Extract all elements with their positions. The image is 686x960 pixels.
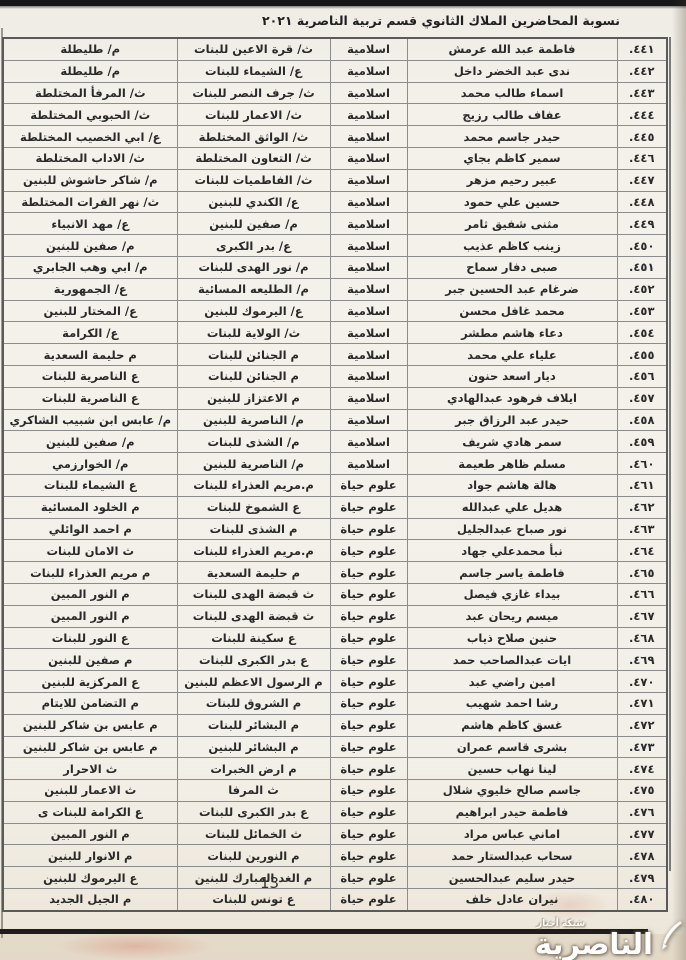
school-secondary: م/ شاكر حاشوش للبنين: [3, 169, 177, 191]
school-secondary: ع/ مهد الانبياء: [3, 213, 177, 235]
lecturer-name: دعاء هاشم مطشر: [407, 322, 617, 344]
subject: علوم حياة: [330, 845, 407, 867]
school-primary: ث/ الفاطميات للبنات: [177, 169, 330, 191]
school-secondary: ث/ الاداب المختلطة: [3, 147, 177, 169]
school-primary: م حليمة السعدية: [177, 562, 330, 584]
page-number: 13: [260, 874, 279, 892]
subject: اسلامية: [330, 344, 407, 366]
school-primary: م/ صفين للبنين: [177, 213, 330, 235]
lecturer-name: زينب كاظم عذيب: [407, 235, 617, 257]
school-primary: ع بدر الكبرى للبنات: [177, 649, 330, 671]
lecturer-name: بشرى قاسم عمران: [407, 736, 617, 758]
table-row: .٤٧١ رشا احمد شهيب علوم حياة م الشروق لل…: [3, 692, 667, 714]
school-primary: م النورين للبنات: [177, 845, 330, 867]
table-row: .٤٥٨ حيدر عبد الرزاق جبر اسلامية م/ النا…: [3, 409, 667, 431]
school-secondary: م النور المبين: [3, 605, 177, 627]
lecturer-name: نبأ محمدعلي جهاد: [407, 540, 617, 562]
lecturers-roster-table: .٤٤١ فاطمة عبد الله عرمش اسلامية ث/ قرة …: [2, 37, 668, 912]
lecturer-name: فاطمة ياسر جاسم: [407, 562, 617, 584]
school-secondary: م الانوار للبنين: [3, 845, 177, 867]
row-serial-number: .٤٤٨: [617, 191, 667, 213]
scan-edge-top-shadow: [0, 6, 686, 9]
row-serial-number: .٤٤٢: [617, 60, 667, 82]
table-row: .٤٤٦ سمير كاظم بجاي اسلامية ث/ التعاون ا…: [3, 147, 667, 169]
row-serial-number: .٤٤٧: [617, 169, 667, 191]
table-row: .٤٦٤ نبأ محمدعلي جهاد علوم حياة م.مريم ا…: [3, 540, 667, 562]
subject: علوم حياة: [330, 562, 407, 584]
school-primary: م الرسول الاعظم للبنين: [177, 671, 330, 693]
table-row: .٤٦٦ بيداء غازي فيصل علوم حياة ث قبضة ال…: [3, 583, 667, 605]
row-serial-number: .٤٤٣: [617, 82, 667, 104]
row-serial-number: .٤٥٦: [617, 365, 667, 387]
school-primary: ع/ الشيماء للبنات: [177, 60, 330, 82]
lecturer-name: فاطمة عبد الله عرمش: [407, 38, 617, 60]
school-primary: م/ الشذى للبنات: [177, 431, 330, 453]
table-row: .٤٦٧ ميسم ريحان عبد علوم حياة ث قبضة اله…: [3, 605, 667, 627]
row-serial-number: .٤٦٩: [617, 649, 667, 671]
table-row: .٤٧٨ سحاب عبدالستار حمد علوم حياة م النو…: [3, 845, 667, 867]
school-primary: ث المرفا: [177, 780, 330, 802]
subject: علوم حياة: [330, 867, 407, 889]
news-network-watermark: شبكة أخبار الناصرية: [535, 918, 684, 960]
table-row: .٤٦٢ هديل علي عبدالله علوم حياة ع الشموخ…: [3, 496, 667, 518]
school-primary: م/ الناصرية للبنين: [177, 409, 330, 431]
table-row: .٤٥٢ ضرغام عبد الحسين جبر اسلامية م/ الط…: [3, 278, 667, 300]
school-secondary: م/ ابي وهب الجابري: [3, 256, 177, 278]
school-primary: م/ الناصرية للبنين: [177, 453, 330, 475]
school-secondary: م حليمة السعدية: [3, 344, 177, 366]
table-row: .٤٤٩ مثنى شفيق ثامر اسلامية م/ صفين للبن…: [3, 213, 667, 235]
subject: علوم حياة: [330, 605, 407, 627]
row-serial-number: .٤٤٦: [617, 147, 667, 169]
row-serial-number: .٤٥٢: [617, 278, 667, 300]
school-primary: م البشائر للبنات: [177, 714, 330, 736]
row-serial-number: .٤٥٣: [617, 300, 667, 322]
table-row: .٤٧٧ اماني عباس مراد علوم حياة ث الخمائل…: [3, 823, 667, 845]
school-secondary: م النور المبين: [3, 823, 177, 845]
subject: علوم حياة: [330, 801, 407, 823]
subject: اسلامية: [330, 191, 407, 213]
subject: اسلامية: [330, 82, 407, 104]
school-secondary: م التضامن للايتام: [3, 692, 177, 714]
subject: علوم حياة: [330, 540, 407, 562]
lecturer-name: محمد غافل محسن: [407, 300, 617, 322]
table-row: .٤٥٧ ايلاف فرهود عبدالهادي اسلامية م الا…: [3, 387, 667, 409]
subject: اسلامية: [330, 322, 407, 344]
table-row: .٤٥٥ علياء علي محمد اسلامية م الجنائن لل…: [3, 344, 667, 366]
table-row: .٤٧٤ لينا نهاب حسين علوم حياة م ارض الخب…: [3, 758, 667, 780]
school-secondary: ع/ الجمهورية: [3, 278, 177, 300]
row-serial-number: .٤٤١: [617, 38, 667, 60]
school-primary: م.مريم العذراء للبنات: [177, 474, 330, 496]
lecturer-name: هالة هاشم جواد: [407, 474, 617, 496]
lecturer-name: عفاف طالب رزيج: [407, 104, 617, 126]
row-serial-number: .٤٦٦: [617, 583, 667, 605]
lecturer-name: ميسم ريحان عبد: [407, 605, 617, 627]
lecturer-name: نور صباح عبدالجليل: [407, 518, 617, 540]
school-primary: ث قبضة الهدى للبنات: [177, 605, 330, 627]
document-title: نسوبة المحاضرين الملاك الثانوي قسم تربية…: [226, 13, 656, 28]
roster-table-body: .٤٤١ فاطمة عبد الله عرمش اسلامية ث/ قرة …: [3, 38, 667, 911]
school-primary: م ارض الخبرات: [177, 758, 330, 780]
subject: علوم حياة: [330, 627, 407, 649]
table-row: .٤٧٦ فاطمة حيدر ابراهيم علوم حياة ع بدر …: [3, 801, 667, 823]
lecturer-name: سمر هادي شريف: [407, 431, 617, 453]
subject: اسلامية: [330, 387, 407, 409]
table-row: .٤٦٥ فاطمة ياسر جاسم علوم حياة م حليمة ا…: [3, 562, 667, 584]
lecturer-name: مثنى شفيق ثامر: [407, 213, 617, 235]
lecturer-name: حيدر جاسم محمد: [407, 126, 617, 148]
school-secondary: ع المركزية للبنين: [3, 671, 177, 693]
row-serial-number: .٤٦٧: [617, 605, 667, 627]
subject: علوم حياة: [330, 758, 407, 780]
lecturer-name: حنين صلاح ذياب: [407, 627, 617, 649]
school-primary: م الشذى للبنات: [177, 518, 330, 540]
table-row: .٤٤٨ حسين علي حمود اسلامية ع/ الكندي للب…: [3, 191, 667, 213]
school-secondary: ع/ الكرامة: [3, 322, 177, 344]
lecturer-name: نيران عادل خلف: [407, 889, 617, 911]
row-serial-number: .٤٦٤: [617, 540, 667, 562]
lecturer-name: امين راضي عبد: [407, 671, 617, 693]
subject: اسلامية: [330, 278, 407, 300]
school-secondary: م عابس بن شاكر للبنين: [3, 736, 177, 758]
row-serial-number: .٤٨٠: [617, 889, 667, 911]
watermark-text: شبكة أخبار الناصرية: [535, 920, 653, 959]
school-primary: ع الشموخ للبنات: [177, 496, 330, 518]
subject: علوم حياة: [330, 649, 407, 671]
table-row: .٤٧٠ امين راضي عبد علوم حياة م الرسول ال…: [3, 671, 667, 693]
school-primary: م الجنائن للبنات: [177, 365, 330, 387]
subject: اسلامية: [330, 256, 407, 278]
lecturer-name: غسق كاظم هاشم: [407, 714, 617, 736]
school-secondary: ع اليرموك للبنين: [3, 867, 177, 889]
subject: اسلامية: [330, 104, 407, 126]
subject: علوم حياة: [330, 889, 407, 911]
row-serial-number: .٤٧٨: [617, 845, 667, 867]
school-primary: ع/ اليرموك للبنين: [177, 300, 330, 322]
school-secondary: ث الاحرار: [3, 758, 177, 780]
table-row: .٤٥٤ دعاء هاشم مطشر اسلامية ث/ الولاية ل…: [3, 322, 667, 344]
school-secondary: م الخلود المسائية: [3, 496, 177, 518]
subject: اسلامية: [330, 409, 407, 431]
school-secondary: م/ صفين للبنين: [3, 431, 177, 453]
subject: علوم حياة: [330, 692, 407, 714]
lecturer-name: بيداء غازي فيصل: [407, 583, 617, 605]
subject: علوم حياة: [330, 671, 407, 693]
table-row: .٤٧٢ غسق كاظم هاشم علوم حياة م البشائر ل…: [3, 714, 667, 736]
school-primary: م البشائر للبنين: [177, 736, 330, 758]
lecturer-name: حسين علي حمود: [407, 191, 617, 213]
lecturer-name: ايات عبدالصاحب حمد: [407, 649, 617, 671]
row-serial-number: .٤٦٢: [617, 496, 667, 518]
subject: اسلامية: [330, 38, 407, 60]
table-row: .٤٤٧ عبير رحيم مزهر اسلامية ث/ الفاطميات…: [3, 169, 667, 191]
school-primary: م.مريم العذراء للبنات: [177, 540, 330, 562]
school-secondary: م/ عابس ابن شبيب الشاكري: [3, 409, 177, 431]
school-primary: ث الخمائل للبنات: [177, 823, 330, 845]
school-primary: ع/ بدر الكبرى: [177, 235, 330, 257]
school-secondary: ث/ الحبوبي المختلطة: [3, 104, 177, 126]
school-secondary: م الجيل الجديد: [3, 889, 177, 911]
table-row: .٤٤٤ عفاف طالب رزيج اسلامية ث/ الاعمار ل…: [3, 104, 667, 126]
school-primary: ع/ الكندي للبنين: [177, 191, 330, 213]
school-secondary: م احمد الوائلي: [3, 518, 177, 540]
school-primary: ث/ التعاون المختلطة: [177, 147, 330, 169]
subject: اسلامية: [330, 169, 407, 191]
subject: اسلامية: [330, 213, 407, 235]
lecturer-name: علياء علي محمد: [407, 344, 617, 366]
subject: علوم حياة: [330, 714, 407, 736]
table-row: .٤٥١ صبى دفار سماح اسلامية م/ نور الهدى …: [3, 256, 667, 278]
table-row: .٤٤٣ اسماء طالب محمد اسلامية ث/ جرف النص…: [3, 82, 667, 104]
lecturer-name: اماني عباس مراد: [407, 823, 617, 845]
school-secondary: ع/ ابي الخصيب المختلطة: [3, 126, 177, 148]
row-serial-number: .٤٧٧: [617, 823, 667, 845]
table-row: .٤٧٩ حيدر سليم عبدالحسين علوم حياة م الغ…: [3, 867, 667, 889]
subject: علوم حياة: [330, 518, 407, 540]
lecturer-name: صبى دفار سماح: [407, 256, 617, 278]
row-serial-number: .٤٦١: [617, 474, 667, 496]
subject: اسلامية: [330, 235, 407, 257]
school-secondary: م/ صفين للبنين: [3, 235, 177, 257]
row-serial-number: .٤٤٤: [617, 104, 667, 126]
school-primary: ث/ الواثق المختلطة: [177, 126, 330, 148]
lecturer-name: حيدر عبد الرزاق جبر: [407, 409, 617, 431]
school-primary: ع تونس للبنات: [177, 889, 330, 911]
subject: اسلامية: [330, 300, 407, 322]
table-row: .٤٥٠ زينب كاظم عذيب اسلامية ع/ بدر الكبر…: [3, 235, 667, 257]
row-serial-number: .٤٥٥: [617, 344, 667, 366]
subject: علوم حياة: [330, 474, 407, 496]
school-secondary: م/ طليطلة: [3, 38, 177, 60]
table-row: .٤٦٨ حنين صلاح ذياب علوم حياة ع سكينة لل…: [3, 627, 667, 649]
row-serial-number: .٤٦٠: [617, 453, 667, 475]
row-serial-number: .٤٧٩: [617, 867, 667, 889]
school-secondary: ث الامان للبنات: [3, 540, 177, 562]
subject: اسلامية: [330, 365, 407, 387]
school-primary: م/ الطليعه المسائية: [177, 278, 330, 300]
table-row: .٤٧٥ جاسم صالح خليوي شلال علوم حياة ث ال…: [3, 780, 667, 802]
school-primary: ث قبضة الهدى للبنات: [177, 583, 330, 605]
table-row: .٤٤٢ ندى عبد الخضر داخل اسلامية ع/ الشيم…: [3, 60, 667, 82]
lecturer-name: جاسم صالح خليوي شلال: [407, 780, 617, 802]
school-secondary: ع النور للبنات: [3, 627, 177, 649]
scanned-document-page: نسوبة المحاضرين الملاك الثانوي قسم تربية…: [0, 0, 686, 960]
lecturer-name: حيدر سليم عبدالحسين: [407, 867, 617, 889]
school-secondary: م عابس بن شاكر للبنين: [3, 714, 177, 736]
lecturer-name: سمير كاظم بجاي: [407, 147, 617, 169]
row-serial-number: .٤٦٨: [617, 627, 667, 649]
row-serial-number: .٤٧٥: [617, 780, 667, 802]
watermark-brand: الناصرية: [535, 929, 653, 959]
lecturer-name: ندى عبد الخضر داخل: [407, 60, 617, 82]
school-secondary: ث/ المرفأ المختلطة: [3, 82, 177, 104]
row-serial-number: .٤٥١: [617, 256, 667, 278]
table-row: .٤٦٩ ايات عبدالصاحب حمد علوم حياة ع بدر …: [3, 649, 667, 671]
lecturer-name: لينا نهاب حسين: [407, 758, 617, 780]
table-row: .٤٦٠ مسلم ظاهر طعيمة اسلامية م/ الناصرية…: [3, 453, 667, 475]
row-serial-number: .٤٦٣: [617, 518, 667, 540]
school-secondary: م/ طليطلة: [3, 60, 177, 82]
lecturer-name: اسماء طالب محمد: [407, 82, 617, 104]
school-primary: ث/ جرف النصر للبنات: [177, 82, 330, 104]
school-primary: ث/ الولاية للبنات: [177, 322, 330, 344]
row-serial-number: .٤٥٠: [617, 235, 667, 257]
school-secondary: ث/ نهر الفرات المختلطة: [3, 191, 177, 213]
table-row: .٤٧٣ بشرى قاسم عمران علوم حياة م البشائر…: [3, 736, 667, 758]
lecturer-name: مسلم ظاهر طعيمة: [407, 453, 617, 475]
quill-icon: [658, 920, 684, 958]
subject: علوم حياة: [330, 780, 407, 802]
row-serial-number: .٤٥٨: [617, 409, 667, 431]
table-row: .٤٥٩ سمر هادي شريف اسلامية م/ الشذى للبن…: [3, 431, 667, 453]
subject: اسلامية: [330, 60, 407, 82]
scan-edge-right: [672, 0, 686, 960]
row-serial-number: .٤٥٧: [617, 387, 667, 409]
lecturer-name: عبير رحيم مزهر: [407, 169, 617, 191]
row-serial-number: .٤٧٣: [617, 736, 667, 758]
lecturer-name: ضرغام عبد الحسين جبر: [407, 278, 617, 300]
school-secondary: م صفين للبنين: [3, 649, 177, 671]
scan-artifact-blob: [55, 932, 215, 960]
school-secondary: ع الكرامة للبنات ى: [3, 801, 177, 823]
school-primary: م الشروق للبنات: [177, 692, 330, 714]
school-secondary: م النور المبين: [3, 583, 177, 605]
school-secondary: ع الناصرية للبنات: [3, 365, 177, 387]
school-primary: م الاعتزاز للبنين: [177, 387, 330, 409]
lecturer-name: فاطمة حيدر ابراهيم: [407, 801, 617, 823]
school-secondary: م مريم العذراء للبنات: [3, 562, 177, 584]
row-serial-number: .٤٧٠: [617, 671, 667, 693]
subject: علوم حياة: [330, 736, 407, 758]
row-serial-number: .٤٦٥: [617, 562, 667, 584]
school-primary: م/ نور الهدى للبنات: [177, 256, 330, 278]
lecturer-name: هديل علي عبدالله: [407, 496, 617, 518]
lecturer-name: ايلاف فرهود عبدالهادي: [407, 387, 617, 409]
table-outer-edge-line: [669, 37, 671, 871]
school-primary: ث/ قرة الاعين للبنات: [177, 38, 330, 60]
table-row: .٤٨٠ نيران عادل خلف علوم حياة ع تونس للب…: [3, 889, 667, 911]
row-serial-number: .٤٧٢: [617, 714, 667, 736]
subject: اسلامية: [330, 431, 407, 453]
row-serial-number: .٤٥٤: [617, 322, 667, 344]
table-row: .٤٥٣ محمد غافل محسن اسلامية ع/ اليرموك ل…: [3, 300, 667, 322]
table-row: .٤٦١ هالة هاشم جواد علوم حياة م.مريم الع…: [3, 474, 667, 496]
row-serial-number: .٤٤٩: [617, 213, 667, 235]
school-secondary: ع/ المختار للبنين: [3, 300, 177, 322]
subject: علوم حياة: [330, 583, 407, 605]
school-primary: ع بدر الكبرى للبنات: [177, 801, 330, 823]
school-primary: ع سكينة للبنات: [177, 627, 330, 649]
table-row: .٤٦٣ نور صباح عبدالجليل علوم حياة م الشذ…: [3, 518, 667, 540]
school-primary: م الجنائن للبنات: [177, 344, 330, 366]
row-serial-number: .٤٤٥: [617, 126, 667, 148]
table-row: .٤٤١ فاطمة عبد الله عرمش اسلامية ث/ قرة …: [3, 38, 667, 60]
table-row: .٤٥٦ ديار اسعد حنون اسلامية م الجنائن لل…: [3, 365, 667, 387]
school-secondary: ع الشيماء للبنات: [3, 474, 177, 496]
school-primary: م الغد المبارك للبنين: [177, 867, 330, 889]
school-secondary: ع الناصرية للبنات: [3, 387, 177, 409]
lecturer-name: سحاب عبدالستار حمد: [407, 845, 617, 867]
school-primary: ث/ الاعمار للبنات: [177, 104, 330, 126]
lecturer-name: رشا احمد شهيب: [407, 692, 617, 714]
subject: اسلامية: [330, 147, 407, 169]
row-serial-number: .٤٧١: [617, 692, 667, 714]
row-serial-number: .٤٧٤: [617, 758, 667, 780]
row-serial-number: .٤٧٦: [617, 801, 667, 823]
row-serial-number: .٤٥٩: [617, 431, 667, 453]
subject: علوم حياة: [330, 823, 407, 845]
subject: علوم حياة: [330, 496, 407, 518]
subject: اسلامية: [330, 126, 407, 148]
lecturer-name: ديار اسعد حنون: [407, 365, 617, 387]
school-secondary: ث الاعمار للبنين: [3, 780, 177, 802]
school-secondary: م/ الخوارزمي: [3, 453, 177, 475]
table-row: .٤٤٥ حيدر جاسم محمد اسلامية ث/ الواثق ال…: [3, 126, 667, 148]
subject: اسلامية: [330, 453, 407, 475]
